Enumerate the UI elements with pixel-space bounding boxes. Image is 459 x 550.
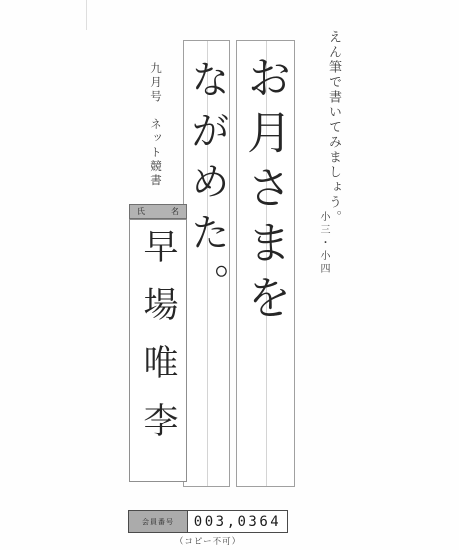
name-value: 早場唯李 [133, 220, 183, 481]
entry-number-value: 003,0364 [188, 511, 287, 532]
writing-column-2: ながめた。 [183, 40, 230, 487]
copy-restriction-note: （コピー不可） [128, 535, 288, 547]
entry-number-label: 会員番号 [129, 511, 188, 532]
instruction-note: えん筆で書いてみましょう。 [325, 30, 344, 225]
grade-note: 小三・小四 [316, 211, 331, 276]
scanned-penmanship-sheet: えん筆で書いてみましょう。 小三・小四 九月号 ネット競書 ながめた。 お月さま… [0, 0, 459, 550]
issue-label: 九月号 ネット競書 [147, 62, 163, 188]
name-header-label-left: 氏 [137, 206, 145, 217]
entry-number-box: 会員番号 003,0364 [128, 510, 288, 533]
writing-column-1: お月さまを [236, 40, 295, 487]
name-field-box: 早場唯李 [129, 219, 187, 482]
handwriting-column-2: ながめた。 [179, 41, 235, 486]
scan-artifact-line [86, 0, 87, 30]
handwriting-column-1: お月さまを [233, 41, 298, 486]
